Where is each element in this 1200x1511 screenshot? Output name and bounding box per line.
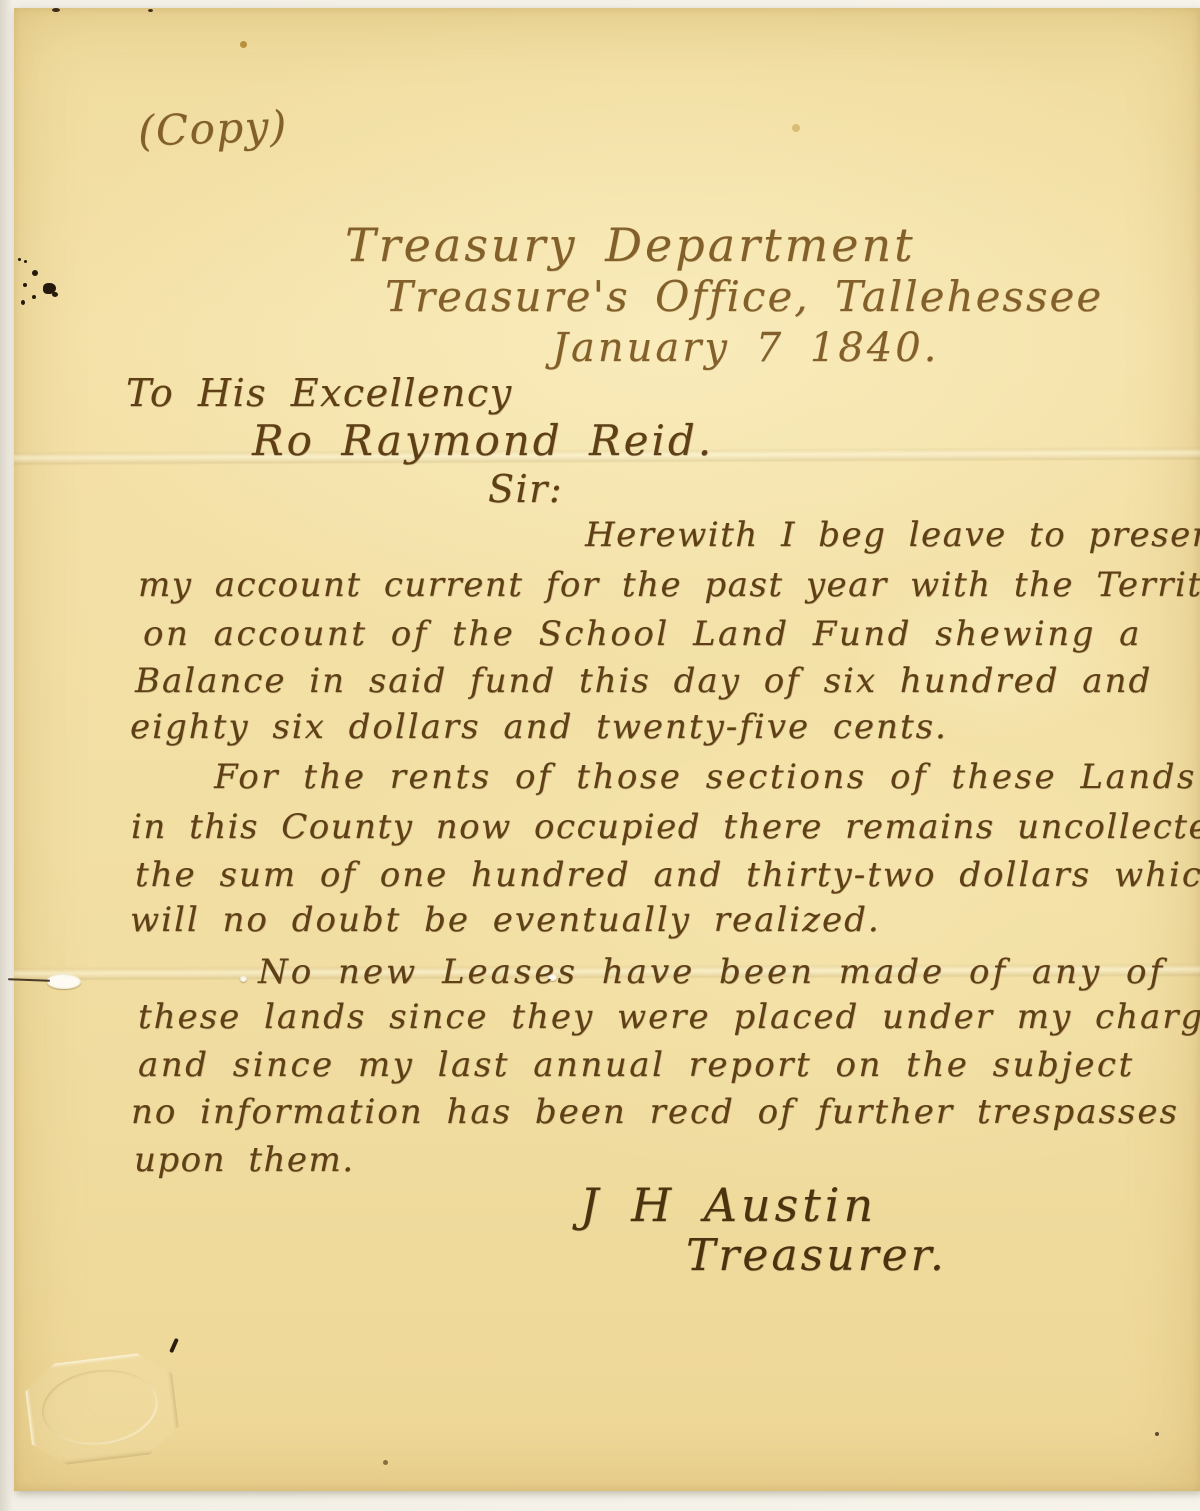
body-line: and since my last annual report on the s… (138, 1048, 1135, 1082)
salutation: Sir: (488, 470, 563, 508)
body-line: upon them. (134, 1143, 355, 1177)
copy-annotation: (Copy) (137, 105, 288, 152)
embossed-seal-inner (38, 1363, 162, 1451)
fold-hole-small (240, 976, 247, 982)
recipient-name: Ro Raymond Reid. (252, 420, 714, 462)
signature-name: J H Austin (580, 1182, 877, 1228)
body-line: No new Leases have been made of any of (258, 955, 1165, 989)
body-line: will no doubt be eventually realized. (130, 903, 881, 937)
body-line: on account of the School Land Fund shewi… (143, 617, 1142, 651)
body-line: my account current for the past year wit… (138, 568, 1200, 602)
recipient-honorific: To His Excellency (126, 374, 513, 412)
heading-office: Treasure's Office, Tallehessee (385, 276, 1103, 318)
scanned-letter: (Copy) Treasury Department Treasure's Of… (0, 0, 1200, 1511)
body-line: the sum of one hundred and thirty-two do… (135, 858, 1200, 892)
body-line: Herewith I beg leave to present (585, 518, 1200, 552)
edge-fleck (148, 9, 153, 12)
body-line: eighty six dollars and twenty-five cents… (130, 710, 948, 744)
body-line: For the rents of those sections of these… (214, 760, 1197, 794)
body-line: these lands since they were placed under… (138, 1000, 1200, 1034)
body-line: no information has been recd of further … (131, 1095, 1179, 1129)
body-line: Balance in said fund this day of six hun… (135, 664, 1152, 698)
signature-title: Treasurer. (686, 1234, 947, 1278)
heading-date: January 7 1840. (552, 328, 939, 368)
fold-hole (47, 974, 81, 989)
body-line: in this County now occupied there remain… (131, 810, 1200, 844)
heading-department: Treasury Department (345, 222, 916, 268)
edge-fleck (52, 8, 60, 12)
